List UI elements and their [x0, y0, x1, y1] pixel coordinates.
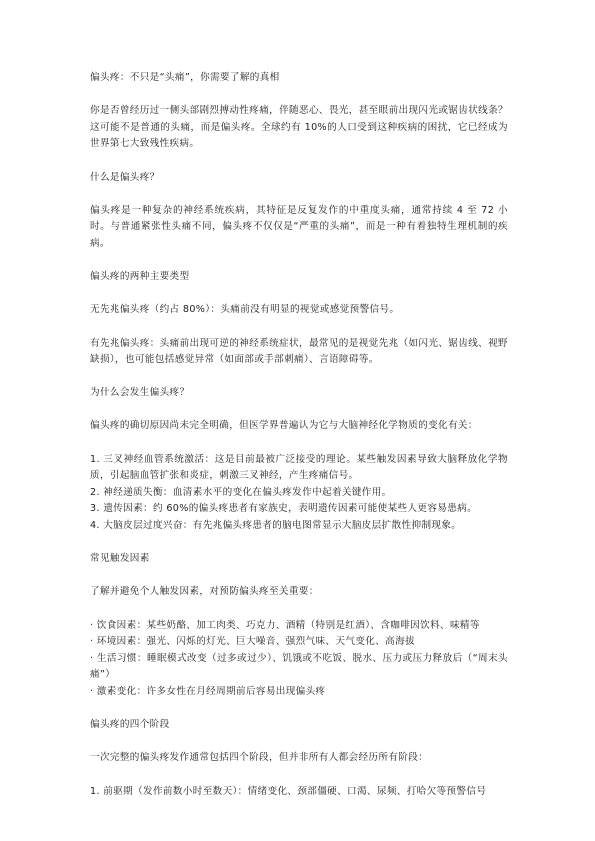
- section-heading-types: 偏头疼的两种主要类型: [90, 269, 508, 286]
- triggers-list: · 饮食因素：某些奶酪、加工肉类、巧克力、酒精（特别是红酒）、含咖啡因饮料、味精…: [90, 618, 508, 701]
- section-heading-what: 什么是偏头疼？: [90, 170, 508, 187]
- list-item: 2. 神经递质失衡：血清素水平的变化在偏头疼发作中起着关键作用。: [90, 485, 508, 502]
- document-title: 偏头疼：不只是“头痛”，你需要了解的真相: [90, 70, 508, 87]
- causes-intro: 偏头疼的确切原因尚未完全明确，但医学界普遍认为它与大脑神经化学物质的变化有关：: [90, 418, 508, 435]
- intro-paragraph: 你是否曾经历过一侧头部剧烈搏动性疼痛，伴随恶心、畏光，甚至眼前出现闪光或锯齿状线…: [90, 103, 508, 153]
- list-item: · 环境因素：强光、闪烁的灯光、巨大噪音、强烈气味、天气变化、高海拔: [90, 634, 508, 651]
- type-with-aura: 有先兆偏头疼：头痛前出现可逆的神经系统症状，最常见的是视觉先兆（如闪光、锯齿线、…: [90, 336, 508, 369]
- list-item: 1. 三叉神经血管系统激活：这是目前最被广泛接受的理论。某些触发因素导致大脑释放…: [90, 452, 508, 485]
- causes-list: 1. 三叉神经血管系统激活：这是目前最被广泛接受的理论。某些触发因素导致大脑释放…: [90, 452, 508, 535]
- phases-intro: 一次完整的偏头疼发作通常包括四个阶段，但并非所有人都会经历所有阶段：: [90, 750, 508, 767]
- type-without-aura: 无先兆偏头疼（约占 80%）：头痛前没有明显的视觉或感觉预警信号。: [90, 302, 508, 319]
- list-item: · 激素变化：许多女性在月经周期前后容易出现偏头疼: [90, 684, 508, 701]
- list-item: 4. 大脑皮层过度兴奋：有先兆偏头疼患者的脑电图常显示大脑皮层扩散性抑制现象。: [90, 518, 508, 535]
- section-heading-phases: 偏头疼的四个阶段: [90, 717, 508, 734]
- list-item: · 饮食因素：某些奶酪、加工肉类、巧克力、酒精（特别是红酒）、含咖啡因饮料、味精…: [90, 618, 508, 635]
- list-item: · 生活习惯：睡眠模式改变（过多或过少）、饥饿或不吃饭、脱水、压力或压力释放后（…: [90, 651, 508, 684]
- list-item: 3. 遗传因素：约 60%的偏头疼患者有家族史，表明遗传因素可能使某些人更容易患…: [90, 501, 508, 518]
- what-paragraph: 偏头疼是一种复杂的神经系统疾病，其特征是反复发作的中重度头痛，通常持续 4 至 …: [90, 203, 508, 253]
- section-heading-causes: 为什么会发生偏头疼？: [90, 385, 508, 402]
- list-item: 1. 前驱期（发作前数小时至数天）：情绪变化、颈部僵硬、口渴、尿频、打哈欠等预警…: [90, 784, 508, 801]
- phases-list: 1. 前驱期（发作前数小时至数天）：情绪变化、颈部僵硬、口渴、尿频、打哈欠等预警…: [90, 784, 508, 801]
- triggers-intro: 了解并避免个人触发因素，对预防偏头疼至关重要：: [90, 584, 508, 601]
- document-page: 偏头疼：不只是“头痛”，你需要了解的真相 你是否曾经历过一侧头部剧烈搏动性疼痛，…: [90, 70, 508, 817]
- section-heading-triggers: 常见触发因素: [90, 551, 508, 568]
